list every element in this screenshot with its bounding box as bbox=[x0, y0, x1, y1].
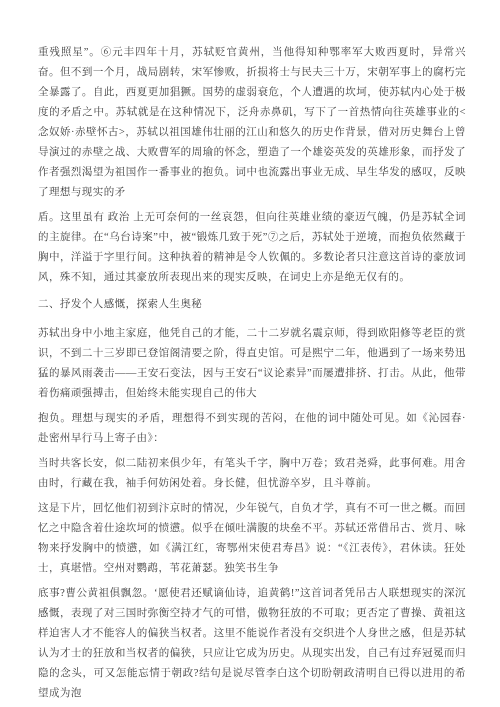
paragraph: 抱负。理想与现实的矛盾，理想得不到实现的苦闷，在他的词中随处可见。如《沁园春·赴… bbox=[38, 409, 466, 449]
paragraph: 重残照星”。⑥元丰四年十月，苏轼贬官黄州，当他得知种鄂率军大败西夏时，异常兴奋。… bbox=[38, 43, 466, 203]
document-page: 重残照星”。⑥元丰四年十月，苏轼贬官黄州，当他得知种鄂率军大败西夏时，异常兴奋。… bbox=[0, 0, 500, 707]
paragraph: 苏轼出身中小地主家庭，他凭自己的才能，二十二岁就名震京师，得到欧阳修等老臣的赏识… bbox=[38, 324, 466, 404]
paragraph: 底事?曹公黄祖俱飘忽。‘愿使君还赋谪仙诗，追黄鹤!”这首词者凭吊古人联想现实的深… bbox=[38, 584, 466, 704]
section-heading: 二、抒发个人感慨，探索人生奥秘 bbox=[38, 295, 466, 315]
paragraph: 这是下片，回忆他们初到汴京时的情况，少年锐气，自负才学，真有不可一世之概。而回忆… bbox=[38, 499, 466, 579]
paragraph: 盾。这里虽有 政治 上无可奈何的一丝哀怨，但向往英雄业绩的豪迈气魄，仍是苏轼全词… bbox=[38, 208, 466, 288]
quote-paragraph: 当时共客长安，似二陆初来俱少年，有笔头千字，胸中万卷；致君尧舜，此事何难。用舍由… bbox=[38, 454, 466, 494]
